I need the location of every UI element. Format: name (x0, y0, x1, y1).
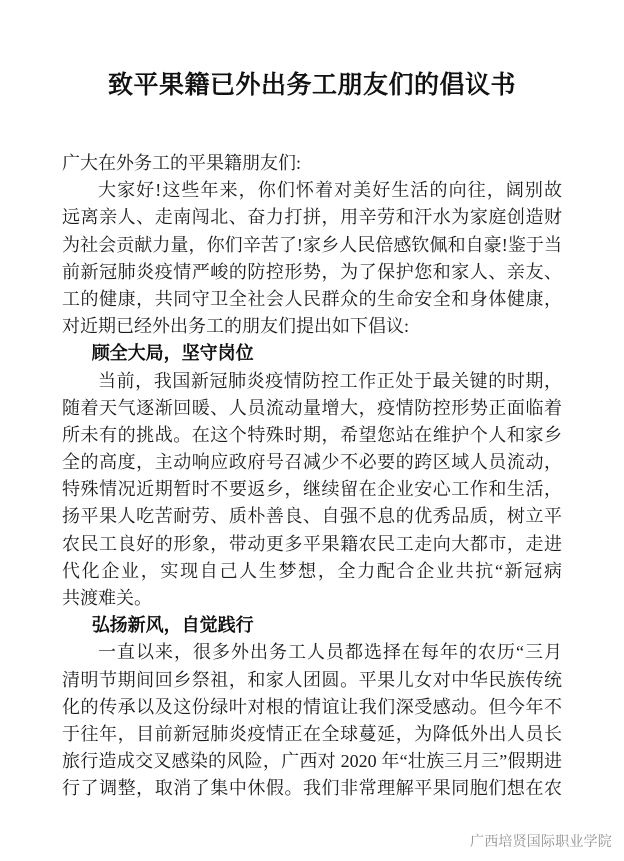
paragraph-line: 共渡难关。 (62, 585, 562, 612)
paragraph-line: 为社会贡献力量，你们辛苦了!家乡人民倍感钦佩和自豪!鉴于当 (62, 232, 562, 259)
paragraph-line: 特殊情况近期暂时不要返乡，继续留在企业安心工作和生活，发 (62, 476, 562, 503)
paragraph-line: 于往年，目前新冠肺炎疫情正在全球蔓延，为降低外出人员长途 (62, 721, 562, 748)
paragraph-line: 旅行造成交叉感染的风险，广西对 2020 年“壮族三月三”假期进 (62, 748, 562, 775)
paragraph-line: 代化企业，实现自己人生梦想，全力配合企业共抗“新冠病毒”， (62, 558, 562, 585)
paragraph-line: 对近期已经外出务工的朋友们提出如下倡议: (62, 313, 562, 340)
paragraph-line: 远离亲人、走南闯北、奋力打拼，用辛劳和汗水为家庭创造财富， (62, 204, 562, 231)
document-page: 致平果籍已外出务工朋友们的倡议书 广大在外务工的平果籍朋友们: 大家好!这些年来… (0, 0, 624, 861)
paragraph-line: 扬平果人吃苦耐劳、质朴善良、自强不息的优秀品质，树立平果 (62, 503, 562, 530)
paragraph-line: 化的传承以及这份绿叶对根的情谊让我们深受感动。但今年不同 (62, 694, 562, 721)
paragraph-line: 农民工良好的形象，带动更多平果籍农民工走向大都市，走进现 (62, 531, 562, 558)
section-heading-1: 顾全大局，坚守岗位 (62, 340, 562, 367)
paragraph-line: 行了调整，取消了集中休假。我们非常理解平果同胞们想在农历 (62, 775, 562, 802)
paragraph-line: 一直以来，很多外出务工人员都选择在每年的农历“三月三”、 (62, 639, 562, 666)
paragraph-line: 随着天气逐渐回暖、人员流动量增大，疫情防控形势正面临着前 (62, 395, 562, 422)
paragraph-line: 大家好!这些年来，你们怀着对美好生活的向往，阔别故土、 (62, 177, 562, 204)
paragraph-line: 当前，我国新冠肺炎疫情防控工作正处于最关键的时期，而 (62, 368, 562, 395)
salutation-line: 广大在外务工的平果籍朋友们: (62, 150, 562, 177)
paragraph-line: 清明节期间回乡祭祖，和家人团圆。平果儿女对中华民族传统文 (62, 667, 562, 694)
section-heading-2: 弘扬新风，自觉践行 (62, 612, 562, 639)
paragraph-line: 全的高度，主动响应政府号召减少不必要的跨区域人员流动，无 (62, 449, 562, 476)
paragraph-line: 工的健康，共同守卫全社会人民群众的生命安全和身体健康，现 (62, 286, 562, 313)
paragraph-line: 前新冠肺炎疫情严峻的防控形势，为了保护您和家人、亲友、员 (62, 259, 562, 286)
site-watermark: 广西培贤国际职业学院 (470, 832, 612, 850)
paragraph-line: 所未有的挑战。在这个特殊时期，希望您站在维护个人和家乡安 (62, 422, 562, 449)
document-title: 致平果籍已外出务工朋友们的倡议书 (0, 66, 624, 106)
document-body: 广大在外务工的平果籍朋友们: 大家好!这些年来，你们怀着对美好生活的向往，阔别故… (62, 150, 562, 803)
